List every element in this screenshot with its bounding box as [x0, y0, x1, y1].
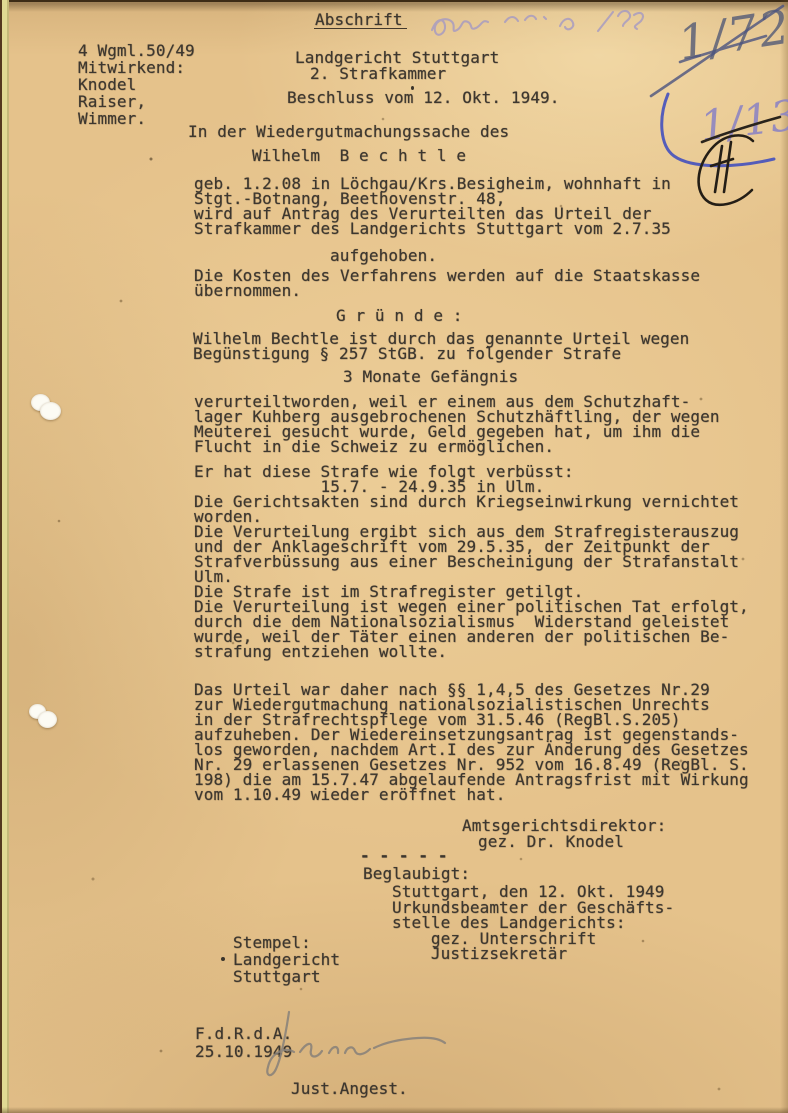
paragraph-service: Er hat diese Strafe wie folgt verbüsst: … [194, 464, 749, 659]
court-name: Landgericht Stuttgart [295, 50, 499, 65]
chamber-name: 2. Strafkammer [310, 66, 446, 81]
reasons-heading: G r ü n d e : [336, 308, 463, 323]
handwritten-initials-mark [699, 135, 753, 204]
paragraph-conviction: verurteiltworden, weil er einem aus dem … [194, 394, 720, 454]
scan-edge-right [780, 0, 788, 1113]
decision-date-line: Beschluss vom 12. Okt. 1949. [287, 90, 560, 105]
scan-edge-bottom [0, 1107, 788, 1113]
attestation-role: Just.Angest. [291, 1081, 408, 1096]
document-page: Abschrift 4 Wgml.50/49 Mitwirkend: Knode… [0, 0, 788, 1113]
paragraph-costs: Die Kosten des Verfahrens werden auf die… [194, 268, 700, 298]
signer-title: Amtsgerichtsdirektor: [462, 818, 666, 833]
punch-hole-bottom [38, 711, 57, 728]
document-title: Abschrift [314, 12, 407, 29]
paragraph-reasons-intro: Wilhelm Bechtle ist durch das genannte U… [193, 331, 689, 361]
separator-dashes: - - - - - [360, 848, 448, 863]
handwritten-scribble [432, 11, 643, 35]
subject-name: Wilhelm B e c h t l e [252, 148, 466, 163]
handwritten-slash-1-72 [651, 6, 783, 96]
intro-line: In der Wiedergutmachungssache des [188, 124, 509, 139]
sentence-line: 3 Monate Gefängnis [343, 369, 518, 384]
handwritten-blue-bracket [662, 94, 774, 166]
paragraph-legal-basis: Das Urteil war daher nach §§ 1,4,5 des G… [194, 682, 749, 802]
handwritten-signature [267, 1012, 445, 1075]
file-number-block: 4 Wgml.50/49 Mitwirkend: Knodel Raiser, … [78, 42, 195, 127]
stamp-note: Stempel: Landgericht Stuttgart [233, 934, 340, 985]
certification-block: Stuttgart, den 12. Okt. 1949 Urkundsbeam… [392, 884, 674, 962]
handwritten-number-1-13: 1/13 [697, 90, 788, 151]
paragraph-subject-details: geb. 1.2.08 in Löchgau/Krs.Besigheim, wo… [194, 176, 671, 236]
certification-label: Beglaubigt: [363, 866, 470, 881]
paper-specks [0, 0, 2, 2]
ruling-keyword: aufgehoben. [330, 248, 437, 263]
punch-hole-top [40, 402, 61, 420]
scan-edge-left [0, 0, 11, 1113]
stray-type-mark [221, 957, 225, 961]
attestation-block: F.d.R.d.A. 25.10.1949 [195, 1025, 292, 1061]
signer-name: gez. Dr. Knodel [478, 834, 624, 849]
handwritten-strike-1-13 [702, 117, 780, 142]
